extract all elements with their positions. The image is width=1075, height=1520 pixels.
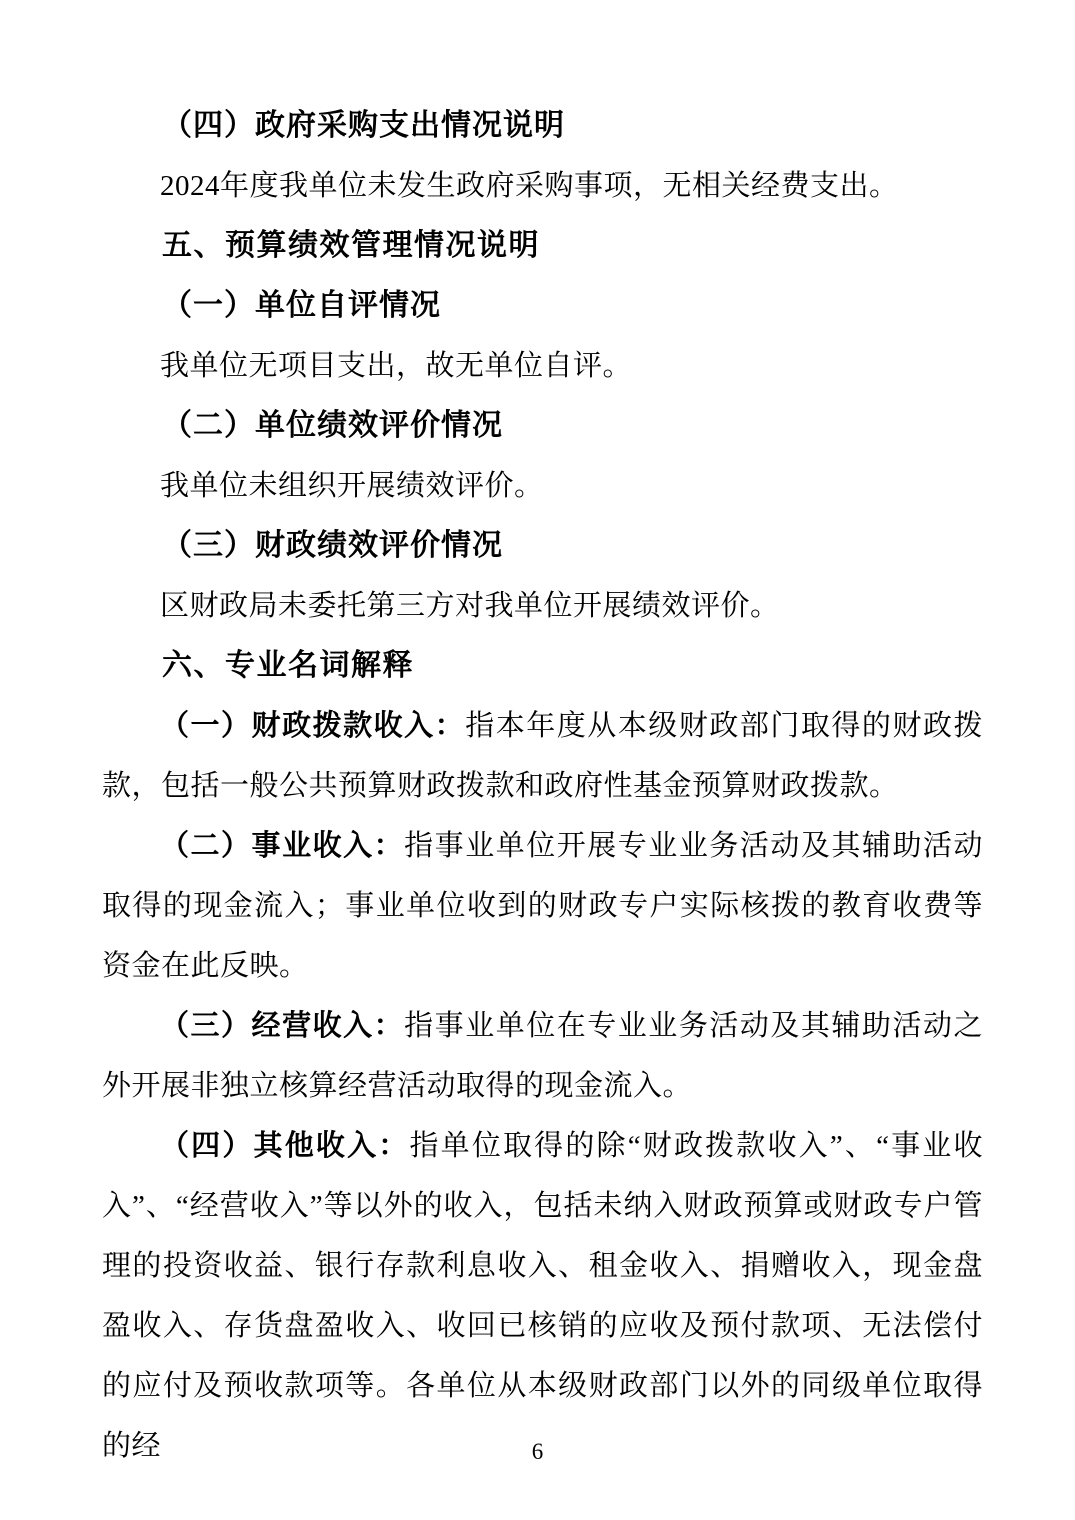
- sub-heading-gov-procurement: （四）政府采购支出情况说明: [102, 96, 983, 156]
- definition-term-institutional-income: （二）事业收入：: [160, 830, 404, 862]
- definition-operating-income: （三）经营收入：指事业单位在专业业务活动及其辅助活动之外开展非独立核算经营活动取…: [102, 996, 983, 1116]
- page-number: 6: [0, 1438, 1075, 1466]
- paragraph-fiscal-performance-evaluation-note: 区财政局未委托第三方对我单位开展绩效评价。: [102, 576, 983, 636]
- definition-term-fiscal-appropriation-income: （一）财政拨款收入：: [160, 710, 465, 742]
- sub-heading-unit-performance-evaluation: （二）单位绩效评价情况: [102, 396, 983, 456]
- document-page: （四）政府采购支出情况说明 2024年度我单位未发生政府采购事项，无相关经费支出…: [0, 0, 1075, 1520]
- paragraph-gov-procurement-note: 2024年度我单位未发生政府采购事项，无相关经费支出。: [102, 156, 983, 216]
- paragraph-unit-performance-evaluation-note: 我单位未组织开展绩效评价。: [102, 456, 983, 516]
- definition-other-income: （四）其他收入：指单位取得的除“财政拨款收入”、“事业收入”、“经营收入”等以外…: [102, 1116, 983, 1476]
- sub-heading-self-evaluation: （一）单位自评情况: [102, 276, 983, 336]
- definition-institutional-income: （二）事业收入：指事业单位开展专业业务活动及其辅助活动取得的现金流入；事业单位收…: [102, 816, 983, 996]
- section-heading-performance-management: 五、预算绩效管理情况说明: [102, 216, 983, 276]
- definition-term-other-income: （四）其他收入：: [160, 1130, 409, 1162]
- definition-term-operating-income: （三）经营收入：: [160, 1010, 404, 1042]
- definition-fiscal-appropriation-income: （一）财政拨款收入：指本年度从本级财政部门取得的财政拨款，包括一般公共预算财政拨…: [102, 696, 983, 816]
- paragraph-self-evaluation-note: 我单位无项目支出，故无单位自评。: [102, 336, 983, 396]
- section-heading-terminology: 六、专业名词解释: [102, 636, 983, 696]
- definition-body-other-income: 指单位取得的除“财政拨款收入”、“事业收入”、“经营收入”等以外的收入，包括未纳…: [102, 1130, 983, 1462]
- sub-heading-fiscal-performance-evaluation: （三）财政绩效评价情况: [102, 516, 983, 576]
